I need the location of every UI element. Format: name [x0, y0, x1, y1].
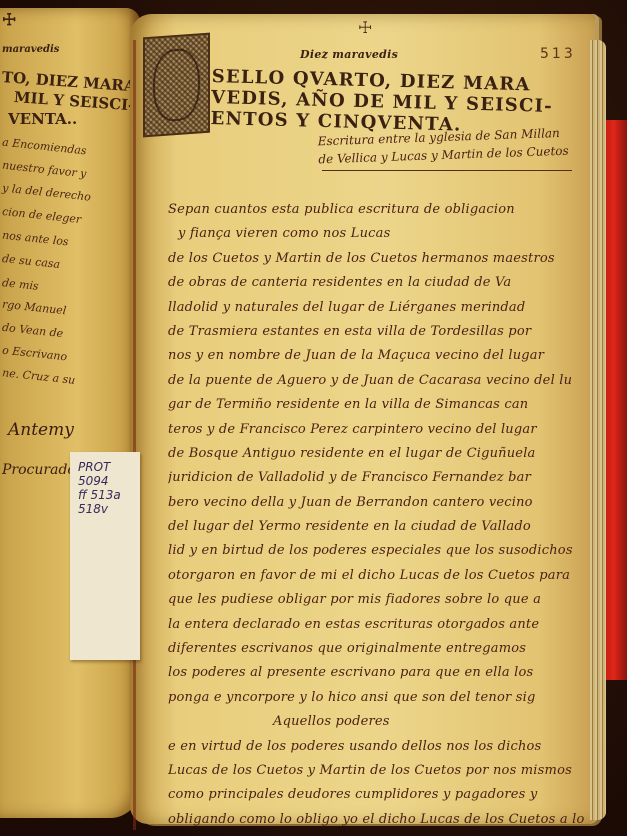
archive-reference-slip: PROT 5094 ff 513a 518v: [70, 452, 140, 660]
manuscript-line: obligando como lo obligo yo el dicho Luc…: [168, 808, 588, 832]
left-hand-line: y la del derecho: [2, 181, 92, 203]
manuscript-line: otorgaron en favor de mi el dicho Lucas …: [168, 564, 588, 588]
manuscript-line: como principales deudores cumplidores y …: [168, 783, 588, 807]
manuscript-line: ponga e yncorpore y lo hico ansi que son…: [168, 686, 588, 710]
slip-line: ff 513a: [70, 488, 140, 502]
left-hand-line: cion de eleger: [2, 205, 82, 226]
manuscript-line: de la puente de Aguero y de Juan de Caca…: [168, 369, 588, 393]
manuscript-line: juridicion de Valladolid y de Francisco …: [168, 466, 588, 490]
manuscript-line: la entera declarado en estas escrituras …: [168, 613, 588, 637]
manuscript-line: lid y en birtud de los poderes especiale…: [168, 539, 588, 563]
slip-line: PROT: [70, 460, 140, 474]
manuscript-line: bero vecino della y Juan de Berrandon ca…: [168, 491, 588, 515]
manuscript-line: que les pudiese obligar por mis fiadores…: [168, 588, 588, 612]
left-hand-line: de mis: [1, 276, 39, 293]
manuscript-line: los poderes al presente escrivano para q…: [168, 661, 588, 685]
manuscript-line: diferentes escrivanos que originalmente …: [168, 637, 588, 661]
left-seal-line-3: VENTA..: [8, 110, 77, 128]
manuscript-line: Sepan cuantos esta publica escritura de …: [168, 198, 588, 222]
left-hand-line: do Vean de: [1, 321, 63, 340]
left-hand-line: a Encomiendas: [2, 136, 88, 158]
left-cross-mark: ☩: [2, 10, 16, 29]
slip-line: 5094: [70, 474, 140, 488]
left-page-text: ☩ maravedis TO, DIEZ MARA MIL Y SEISCI- …: [0, 0, 140, 836]
left-denomination: maravedis: [2, 44, 59, 55]
manuscript-line: de Trasmiera estantes en esta villa de T…: [168, 320, 588, 344]
subject-underline: [322, 170, 572, 171]
seal-stamp-icon: [153, 47, 200, 122]
folio-number: 513: [540, 46, 576, 62]
left-hand-line: de su casa: [1, 252, 60, 271]
manuscript-body: Sepan cuantos esta publica escritura de …: [168, 198, 588, 832]
manuscript-line: nos y en nombre de Juan de la Maçuca vec…: [168, 344, 588, 368]
left-hand-line: rgo Manuel: [1, 298, 66, 318]
manuscript-line: y fiança vieren como nos Lucas: [168, 222, 588, 246]
left-hand-line: nuestro favor y: [2, 159, 87, 181]
left-hand-line: ne. Cruz a su: [2, 366, 76, 387]
slip-line: 518v: [70, 502, 140, 516]
cross-icon: ☩: [358, 18, 372, 37]
page-edges: [590, 40, 606, 820]
manuscript-line: teros y de Francisco Perez carpintero ve…: [168, 418, 588, 442]
stamp-denomination: Diez maravedis: [300, 48, 398, 61]
book-gutter: [133, 40, 136, 830]
manuscript-line: de obras de canteria residentes en la ci…: [168, 271, 588, 295]
manuscript-line: Lucas de los Cuetos y Martin de los Cuet…: [168, 759, 588, 783]
left-hand-line: o Escrivano: [1, 344, 67, 364]
manuscript-line: del lugar del Yermo residente en la ciud…: [168, 515, 588, 539]
left-signature-name: Antemy: [8, 420, 74, 440]
manuscript-line: e en virtud de los poderes usando dellos…: [168, 735, 588, 759]
section-heading-aquellos-poderes: Aquellos poderes: [168, 710, 588, 734]
manuscript-line: lladolid y naturales del lugar de Liérga…: [168, 296, 588, 320]
manuscript-line: de Bosque Antiguo residente en el lugar …: [168, 442, 588, 466]
left-hand-line: nos ante los: [2, 229, 70, 249]
manuscript-line: gar de Termiño residente en la villa de …: [168, 393, 588, 417]
seal-stamp-emblem: [143, 33, 210, 138]
manuscript-line: de los Cuetos y Martin de los Cuetos her…: [168, 247, 588, 271]
